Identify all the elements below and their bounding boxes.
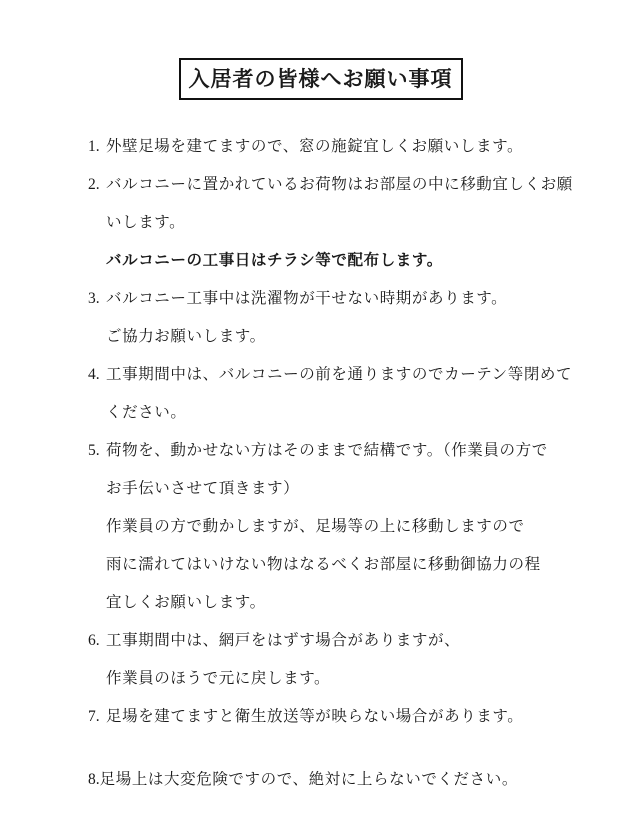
item-6-number: 6. bbox=[88, 622, 106, 660]
notice-item-7: 7. 足場を建てますと衛生放送等が映らない場合があります。 bbox=[88, 698, 591, 736]
item-5-line-1: 荷物を、動かせない方はそのままで結構です。（作業員の方で bbox=[106, 432, 591, 470]
item-2-line-3-bold-notice: バルコニーの工事日はチラシ等で配布します。 bbox=[106, 242, 591, 280]
item-5-line-5: 宜しくお願いします。 bbox=[106, 584, 591, 622]
item-7-number: 7. bbox=[88, 698, 106, 736]
notice-item-6: 6. 工事期間中は、網戸をはずす場合がありますが、 作業員のほうで元に戻します。 bbox=[88, 622, 591, 698]
item-7-line-1: 足場を建てますと衛生放送等が映らない場合があります。 bbox=[106, 698, 591, 736]
item-8-lines: 足場上は大変危険ですので、絶対に上らないでください。 bbox=[100, 761, 591, 799]
notice-item-8: 8. 足場上は大変危険ですので、絶対に上らないでください。 bbox=[88, 761, 591, 799]
item-8-number: 8. bbox=[88, 761, 100, 799]
notice-item-3: 3. バルコニー工事中は洗濯物が干せない時期があります。 ご協力お願いします。 bbox=[88, 280, 591, 356]
title-area: 入居者の皆様へお願い事項 bbox=[0, 58, 641, 100]
item-4-line-2: ください。 bbox=[106, 394, 591, 432]
notice-document: 入居者の皆様へお願い事項 1. 外壁足場を建てますので、窓の施錠宜しくお願いしま… bbox=[0, 0, 641, 825]
item-1-lines: 外壁足場を建てますので、窓の施錠宜しくお願いします。 bbox=[106, 128, 591, 166]
item-4-lines: 工事期間中は、バルコニーの前を通りますのでカーテン等閉めて ください。 bbox=[106, 356, 591, 432]
item-5-line-3: 作業員の方で動かしますが、足場等の上に移動しますので bbox=[106, 508, 591, 546]
notice-item-5: 5. 荷物を、動かせない方はそのままで結構です。（作業員の方で お手伝いさせて頂… bbox=[88, 432, 591, 622]
item-2-line-2: いします。 bbox=[106, 204, 591, 242]
item-4-line-1: 工事期間中は、バルコニーの前を通りますのでカーテン等閉めて bbox=[106, 356, 591, 394]
item-5-line-4: 雨に濡れてはいけない物はなるべくお部屋に移動御協力の程 bbox=[106, 546, 591, 584]
item-5-line-2: お手伝いさせて頂きます） bbox=[106, 470, 591, 508]
item-8-line-1: 足場上は大変危険ですので、絶対に上らないでください。 bbox=[100, 761, 591, 799]
item-1-line-1: 外壁足場を建てますので、窓の施錠宜しくお願いします。 bbox=[106, 128, 591, 166]
item-6-lines: 工事期間中は、網戸をはずす場合がありますが、 作業員のほうで元に戻します。 bbox=[106, 622, 591, 698]
notice-item-4: 4. 工事期間中は、バルコニーの前を通りますのでカーテン等閉めて ください。 bbox=[88, 356, 591, 432]
document-title: 入居者の皆様へお願い事項 bbox=[189, 63, 453, 93]
notice-list: 1. 外壁足場を建てますので、窓の施錠宜しくお願いします。 2. バルコニーに置… bbox=[0, 128, 641, 799]
notice-item-2: 2. バルコニーに置かれているお荷物はお部屋の中に移動宜しくお願 いします。 バ… bbox=[88, 166, 591, 280]
notice-item-1: 1. 外壁足場を建てますので、窓の施錠宜しくお願いします。 bbox=[88, 128, 591, 166]
item-5-number: 5. bbox=[88, 432, 106, 470]
item-3-number: 3. bbox=[88, 280, 106, 318]
item-2-line-1: バルコニーに置かれているお荷物はお部屋の中に移動宜しくお願 bbox=[106, 166, 591, 204]
item-3-line-2: ご協力お願いします。 bbox=[106, 318, 591, 356]
item-5-lines: 荷物を、動かせない方はそのままで結構です。（作業員の方で お手伝いさせて頂きます… bbox=[106, 432, 591, 622]
item-6-line-2: 作業員のほうで元に戻します。 bbox=[106, 660, 591, 698]
item-1-number: 1. bbox=[88, 128, 106, 166]
item-2-lines: バルコニーに置かれているお荷物はお部屋の中に移動宜しくお願 いします。 バルコニ… bbox=[106, 166, 591, 280]
item-3-lines: バルコニー工事中は洗濯物が干せない時期があります。 ご協力お願いします。 bbox=[106, 280, 591, 356]
item-4-number: 4. bbox=[88, 356, 106, 394]
document-title-box: 入居者の皆様へお願い事項 bbox=[179, 58, 463, 100]
item-7-lines: 足場を建てますと衛生放送等が映らない場合があります。 bbox=[106, 698, 591, 736]
item-6-line-1: 工事期間中は、網戸をはずす場合がありますが、 bbox=[106, 622, 591, 660]
item-3-line-1: バルコニー工事中は洗濯物が干せない時期があります。 bbox=[106, 280, 591, 318]
item-2-number: 2. bbox=[88, 166, 106, 204]
